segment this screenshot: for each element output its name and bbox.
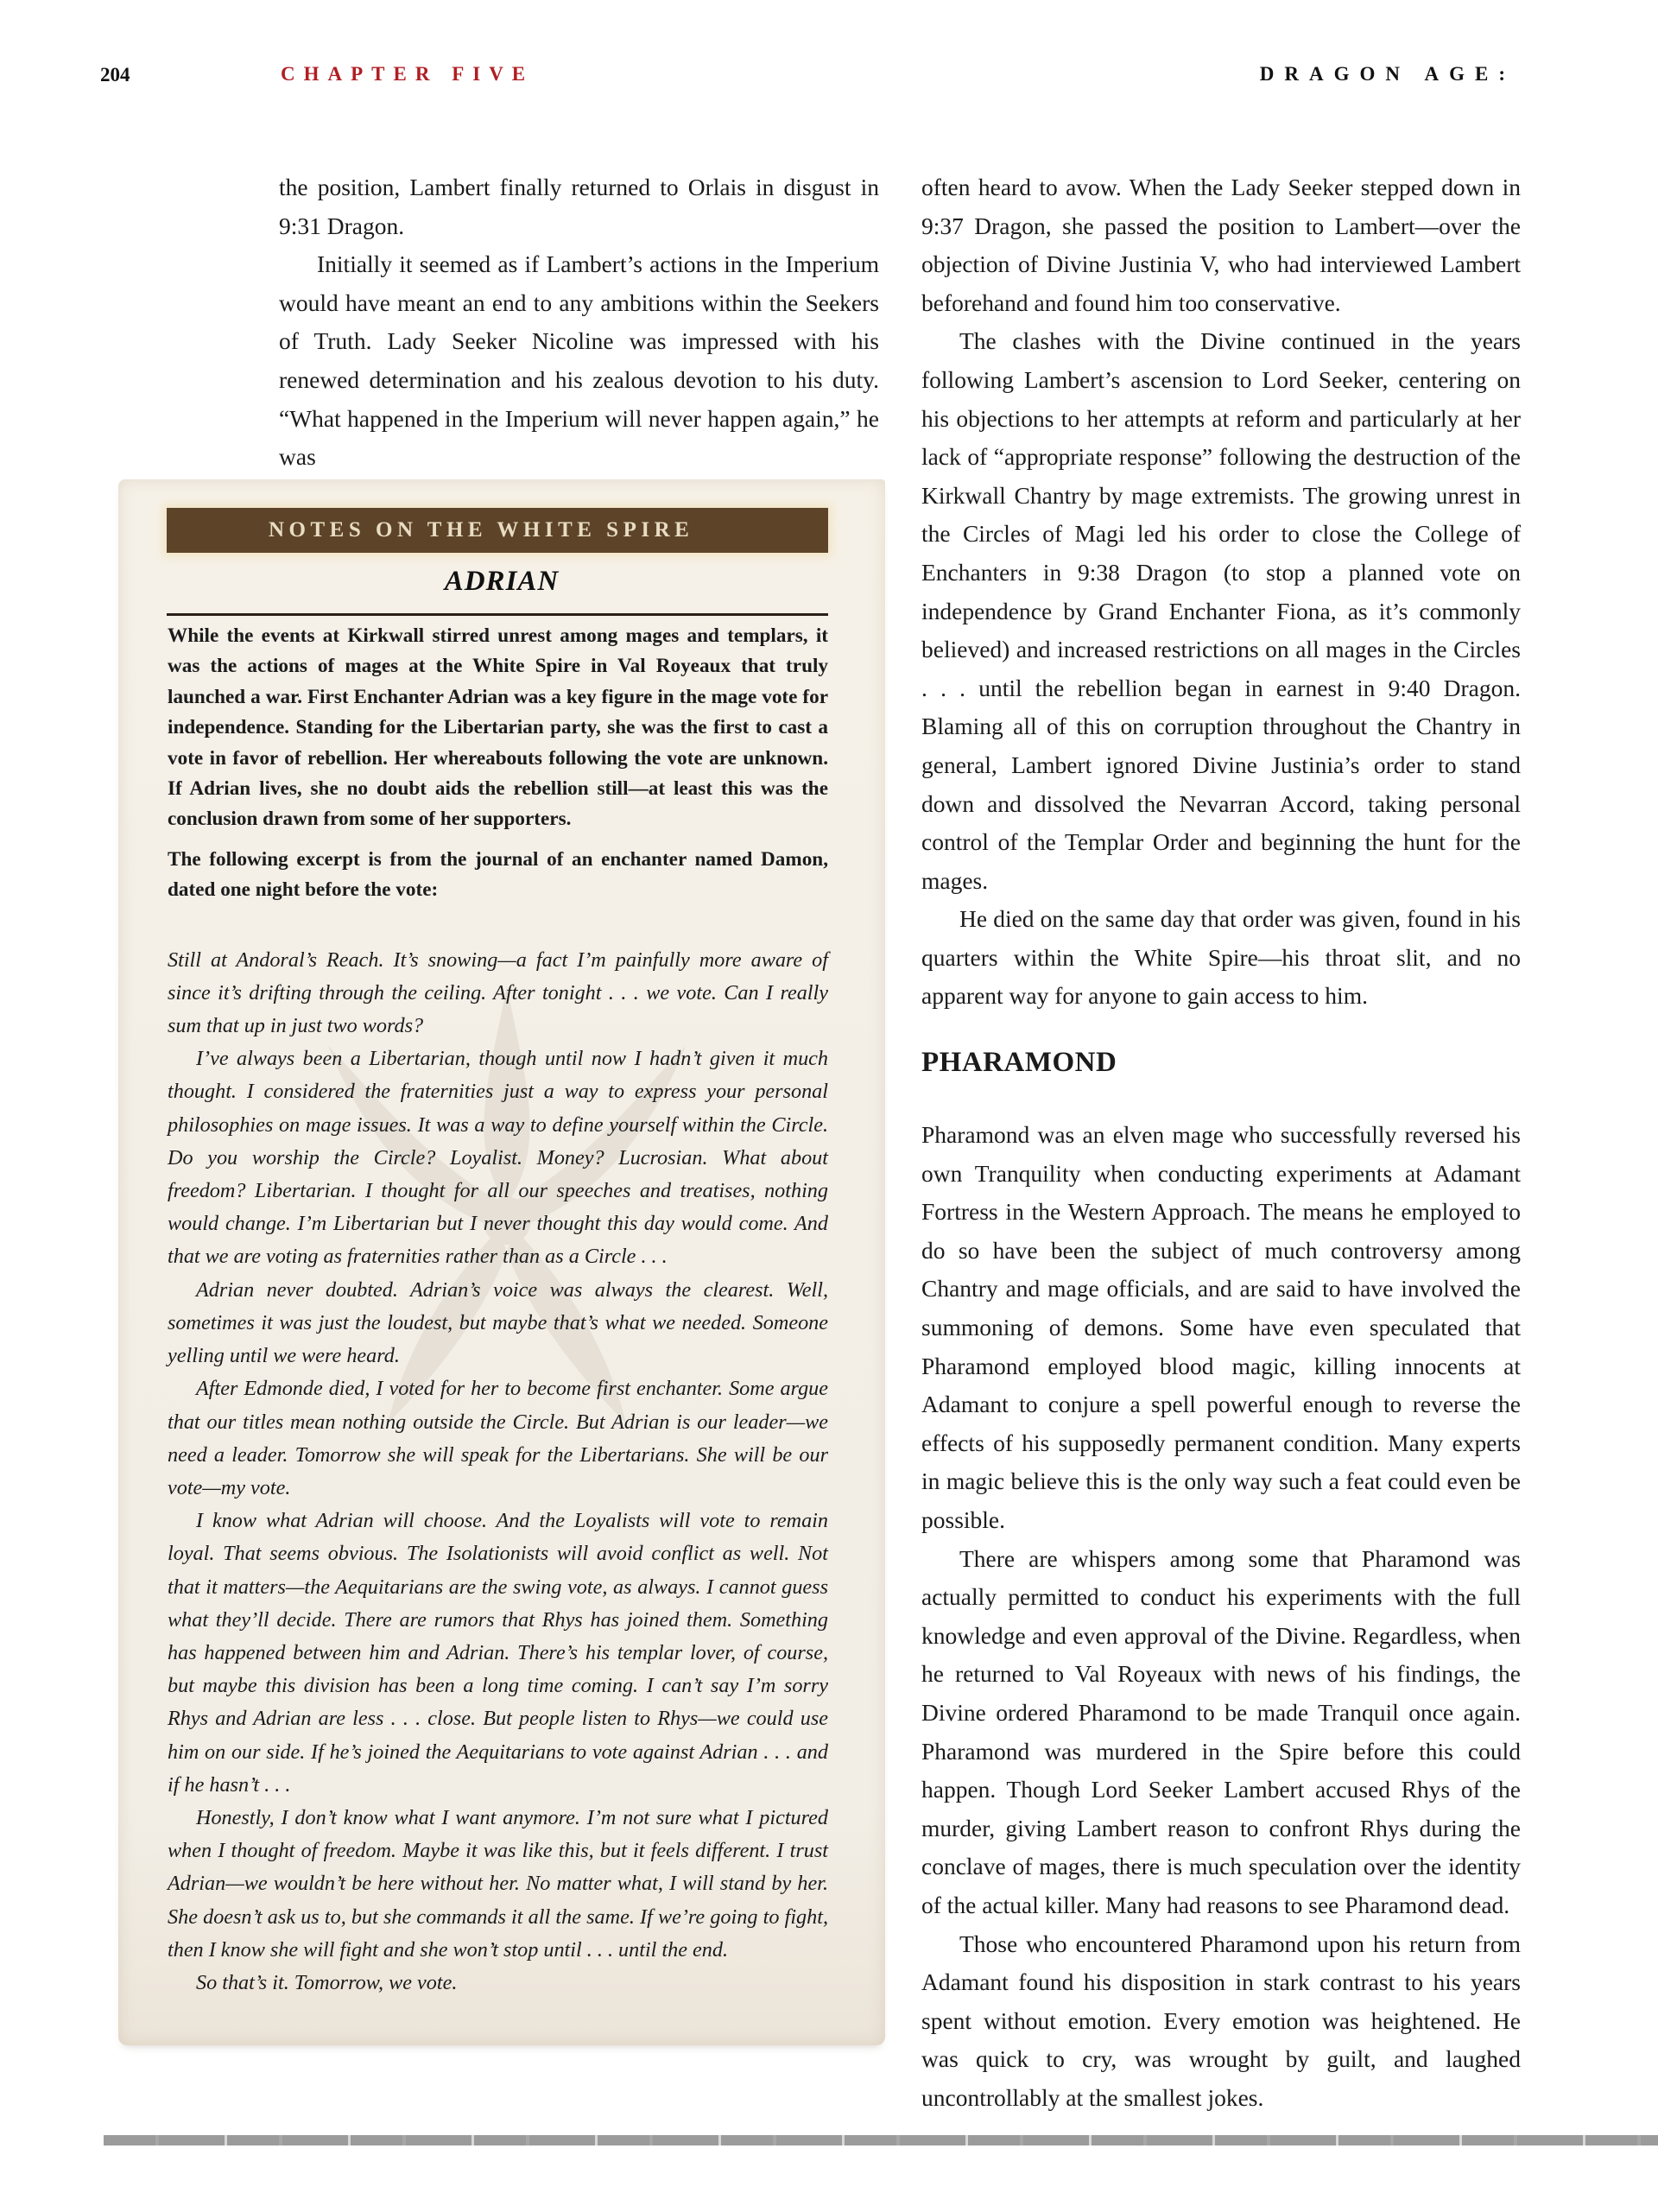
journal-paragraph: After Edmonde died, I voted for her to b… bbox=[168, 1372, 828, 1505]
paragraph: often heard to avow. When the Lady Seeke… bbox=[921, 168, 1521, 322]
sidebar-intro-paragraph: While the events at Kirkwall stirred unr… bbox=[168, 621, 828, 835]
paragraph: He died on the same day that order was g… bbox=[921, 900, 1521, 1016]
chapter-title: CHAPTER FIVE bbox=[281, 63, 534, 86]
paragraph: Initially it seemed as if Lambert’s acti… bbox=[279, 245, 879, 477]
journal-paragraph: So that’s it. Tomorrow, we vote. bbox=[168, 1967, 828, 2000]
journal-paragraph: Adrian never doubted. Adrian’s voice was… bbox=[168, 1274, 828, 1373]
sidebar-subject-name: ADRIAN bbox=[118, 566, 885, 598]
journal-paragraph: I know what Adrian will choose. And the … bbox=[168, 1505, 828, 1802]
page-number: 204 bbox=[100, 64, 130, 86]
journal-paragraph: Honestly, I don’t know what I want anymo… bbox=[168, 1802, 828, 1967]
sidebar-intro-paragraph: The following excerpt is from the journa… bbox=[168, 845, 828, 906]
left-column-text: the position, Lambert finally returned t… bbox=[279, 168, 879, 477]
divider bbox=[167, 613, 828, 616]
decorative-footer-band bbox=[104, 2135, 1658, 2145]
section-heading-pharamond: PHARAMOND bbox=[921, 1043, 1521, 1081]
sidebar-banner: NOTES ON THE WHITE SPIRE bbox=[167, 508, 828, 553]
paragraph: The clashes with the Divine continued in… bbox=[921, 322, 1521, 900]
book-title: DRAGON AGE: bbox=[1260, 63, 1516, 86]
paragraph: the position, Lambert finally returned t… bbox=[279, 168, 879, 245]
paragraph: Pharamond was an elven mage who successf… bbox=[921, 1116, 1521, 1540]
right-column-text: often heard to avow. When the Lady Seeke… bbox=[921, 168, 1521, 2118]
journal-paragraph: I’ve always been a Libertarian, though u… bbox=[168, 1043, 828, 1273]
sidebar-notes-white-spire: NOTES ON THE WHITE SPIRE ADRIAN While th… bbox=[118, 479, 885, 2045]
paragraph: There are whispers among some that Phara… bbox=[921, 1540, 1521, 1925]
paragraph: Those who encountered Pharamond upon his… bbox=[921, 1925, 1521, 2118]
sidebar-body: While the events at Kirkwall stirred unr… bbox=[168, 621, 828, 2000]
journal-paragraph: Still at Andoral’s Reach. It’s snowing—a… bbox=[168, 944, 828, 1043]
sidebar-banner-title: NOTES ON THE WHITE SPIRE bbox=[269, 518, 693, 542]
